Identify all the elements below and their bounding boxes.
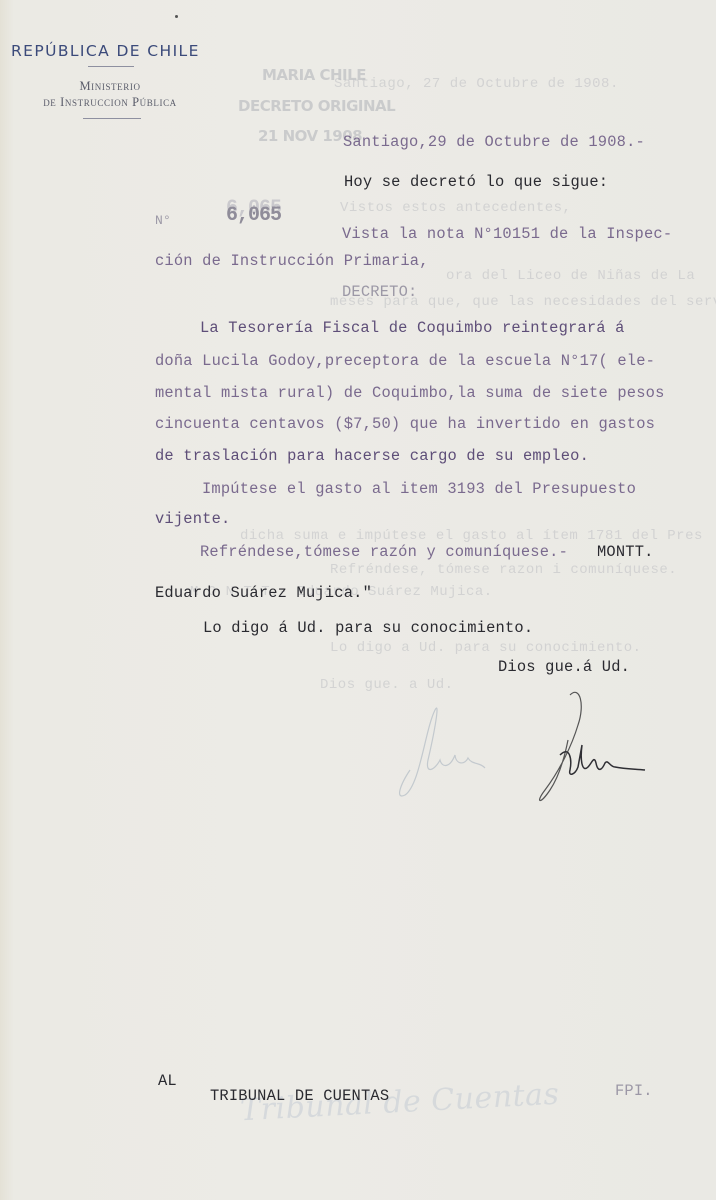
decree-number-stamp: 6,065 <box>226 204 281 227</box>
ghost-lo-digo: Lo digo a Ud. para su conocimiento. <box>330 640 642 656</box>
ghost-refrendese: Refréndese, tómese razon i comuníquese. <box>330 562 677 578</box>
vista-line-2: ción de Instrucción Primaria, <box>155 252 429 270</box>
ink-dot <box>175 15 178 18</box>
body-line-4: cincuenta centavos ($7,50) que ha invert… <box>155 415 655 433</box>
place-date: Santiago,29 de Octubre de 1908.- <box>343 133 645 151</box>
body-line-2: doña Lucila Godoy,preceptora de la escue… <box>155 352 655 370</box>
decree-number-label: N° <box>155 213 171 228</box>
letterhead-ministry-line2: de Instruccion Pública <box>0 94 220 110</box>
minister-name: Eduardo Suárez Mujica." <box>155 584 372 602</box>
ghost-date-line: Santiago, 27 de Octubre de 1908. <box>334 76 619 92</box>
ghost-liceo: ora del Liceo de Niñas de La <box>446 268 695 284</box>
body-line-1: La Tesorería Fiscal de Coquimbo reintegr… <box>200 319 625 337</box>
montt-signoff: MONTT. <box>597 543 654 561</box>
refrendese-line: Refréndese,tómese razón y comuníquese.- <box>200 543 568 561</box>
impute-line-2: vijente. <box>155 510 231 528</box>
ghost-impute: dicha suma e impútese el gasto al ítem 1… <box>240 528 703 544</box>
body-line-5: de traslación para hacerse cargo de su e… <box>155 447 589 465</box>
lo-digo-line: Lo digo á Ud. para su conocimiento. <box>203 619 533 637</box>
addressee-al: AL <box>158 1072 177 1090</box>
letterhead-country: REPÚBLICA DE CHILE <box>11 42 200 60</box>
addressee-name: TRIBUNAL DE CUENTAS <box>210 1087 389 1105</box>
impute-line-1: Impútese el gasto al item 3193 del Presu… <box>202 480 636 498</box>
document-page: MARIA CHILE Santiago, 27 de Octubre de 1… <box>0 0 716 1200</box>
intro-line: Hoy se decretó lo que sigue: <box>344 173 608 191</box>
letterhead-ministry-line1: Ministerio <box>0 78 220 94</box>
ghost-vistos: Vistos estos antecedentes, <box>340 200 571 216</box>
letterhead-rule-top <box>88 66 134 67</box>
letterhead-rule-bottom <box>83 118 141 119</box>
ghost-stamp-2: DECRETO ORIGINAL <box>238 97 395 115</box>
vista-line-1: Vista la nota N°10151 de la Inspec- <box>342 225 672 243</box>
typist-initials: FPI. <box>615 1082 653 1100</box>
ghost-signature <box>380 690 510 810</box>
signature-silva <box>530 685 660 810</box>
body-line-3: mental mista rural) de Coquimbo,la suma … <box>155 384 665 402</box>
decreto-heading: DECRETO: <box>342 283 418 301</box>
dios-guarde-line: Dios gue.á Ud. <box>498 658 630 676</box>
